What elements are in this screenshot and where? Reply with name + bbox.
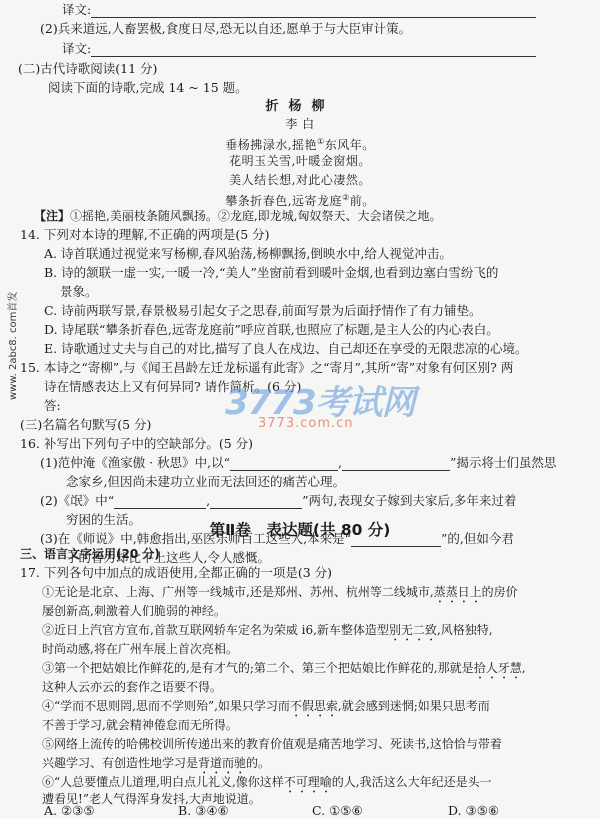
poem-note: 【注】①摇艳,美丽枝条随风飘扬。②龙庭,即龙城,匈奴祭天、大会诸侯之地。 <box>34 208 441 224</box>
poem-line-3: 美人结长想,对此心凄然。 <box>0 172 600 188</box>
emphasized-idiom: 不可理喻 <box>284 775 332 789</box>
poetry-instruction: 阅读下面的诗歌,完成 14 ~ 15 题。 <box>48 80 248 96</box>
emphasized-idiom: 背道而驰 <box>198 756 246 770</box>
q17-choice-d[interactable]: D. ③⑤⑥ <box>448 803 499 819</box>
sentence-text: , <box>522 661 526 675</box>
q16-text: ”两句,表现女子嫁到夫家后,多年来过着 <box>302 493 516 508</box>
q17-sentence-5: ⑤网络上流传的哈佛校训所传递出来的教育价值观是痛苦地学习、死读书,这恰恰与带着 <box>42 736 502 752</box>
q17-sentence-4-cont: 不善于学习,就会精神倦怠而无所得。 <box>42 717 238 733</box>
side-watermark: www. 2abc8. com首发 <box>4 292 19 400</box>
q16-text: ”揭示将士们虽然思 <box>450 455 556 470</box>
sentence-text: 的房价 <box>482 585 518 599</box>
q16-text: (1)范仲淹《渔家傲 · 秋思》中,以“ <box>40 455 230 470</box>
q14-option-e: E. 诗歌通过丈夫与自己的对比,描写了良人在戍边、自己却还在享受的无限悲凉的心境… <box>44 341 528 357</box>
q17-sentence-1-cont: 屡创新高,刺激着人们脆弱的神经。 <box>42 603 226 619</box>
poem-title: 折杨柳 <box>0 99 600 115</box>
poem-text: 花明玉关雪,叶暖金窗烟。 <box>229 154 371 168</box>
sentence-text: ③第一个把姑娘比作鲜花的,是有才气的;第二个、第三个把姑娘比作鲜花的,那就是 <box>42 661 474 675</box>
poem-text: 前。 <box>350 194 375 208</box>
translation-label: 译文: <box>62 41 91 56</box>
poem-text: 攀条折春色,远寄龙庭 <box>225 194 342 208</box>
poem-text: 美人结长想,对此心凄然。 <box>229 173 371 187</box>
sentence-text: ①无论是北京、上海、广州等一线城市,还是郑州、苏州、杭州等二线城市, <box>42 585 434 599</box>
sentence-text: 的人,我活这么大年纪还是头一 <box>332 775 492 789</box>
q16-item-1-cont: 念家乡,但因尚未建功立业而无法回还的痛苦心理。 <box>66 474 345 490</box>
q14-option-b: B. 诗的颔联一虚一实,一暖一冷,“美人”坐窗前看到暖叶金烟,也看到边塞白雪纷飞… <box>44 265 498 281</box>
sentence-text: 的。 <box>246 756 270 770</box>
poem-text: 东风年。 <box>325 138 375 152</box>
emphasized-idiom: 别无二致 <box>389 623 437 637</box>
q17-choice-c[interactable]: C. ①⑤⑥ <box>312 803 363 819</box>
fill-blank-1b[interactable] <box>342 458 450 471</box>
part2-title: 第Ⅱ卷 表达题(共 80 分) <box>0 522 600 538</box>
fill-blank-2b[interactable] <box>210 496 302 509</box>
q14-option-b-cont: 景象。 <box>60 284 98 300</box>
q14-stem: 14. 下列对本诗的理解,不正确的两项是(5 分) <box>20 227 270 243</box>
q16-stem: 16. 补写出下列句子中的空缺部分。(5 分) <box>20 436 253 452</box>
sentence-text: ④“学而不思则罔,思而不学则殆”,如果只学习而 <box>42 699 290 713</box>
sentence-text: ⑥“人总要懂点儿道理,明白点儿礼义,像你这样 <box>42 775 284 789</box>
poetry-section-heading: (二)古代诗歌阅读(11 分) <box>18 61 157 77</box>
sentence-text: ②近日上汽官方宣布,首款互联网轿车定名为荣威 i6,新车整体造型 <box>42 623 389 637</box>
note-label: 【注】 <box>34 209 70 223</box>
footnote-marker: ① <box>317 137 325 146</box>
language-section-heading: 三、语言文字运用(20 分) <box>20 546 160 562</box>
q14-option-a: A. 诗首联通过视觉来写杨柳,春风骀荡,杨柳飘扬,倒映水中,给人视觉冲击。 <box>44 246 452 262</box>
poem-line-1: 垂杨拂渌水,摇艳①东风年。 <box>0 134 600 153</box>
translation-label: 译文: <box>62 2 91 17</box>
q17-sentence-3-cont: 这种人云亦云的套作之语要不得。 <box>42 679 222 695</box>
fill-blank-1a[interactable] <box>230 458 338 471</box>
q16-item-2: (2)《氓》中“,”两句,表现女子嫁到夫家后,多年来过着 <box>40 493 516 509</box>
emphasized-idiom: 不假思索 <box>290 699 338 713</box>
emphasized-idiom: 蒸蒸日上 <box>434 585 482 599</box>
q17-stem: 17. 下列各句中加点的成语使用,全都正确的一项是(3 分) <box>20 565 332 581</box>
sentence-text: 兴趣学习、有创造性地学习是 <box>42 756 198 770</box>
footnote-marker: ② <box>342 193 350 202</box>
q17-choice-b[interactable]: B. ③④⑥ <box>178 803 229 819</box>
q14-option-d: D. 诗尾联“攀条折春色,远寄龙庭前”呼应首联,也照应了标题,是主人公的内心表白… <box>44 322 499 338</box>
poem-line-4: 攀条折春色,远寄龙庭②前。 <box>0 190 600 209</box>
answer-blank[interactable] <box>91 44 536 57</box>
fill-blank-2a[interactable] <box>114 496 206 509</box>
translation-2: 译文: <box>62 41 536 57</box>
exam-page: 译文: (2)兵来道远,人畜罢极,食度日尽,恐无以自还,愿单于与大臣审计策。 译… <box>0 0 600 819</box>
sentence-text: ,风格独特, <box>437 623 493 637</box>
recitation-heading: (三)名篇名句默写(5 分) <box>20 417 151 433</box>
item-2-sentence: (2)兵来道远,人畜罢极,食度日尽,恐无以自还,愿单于与大臣审计策。 <box>40 21 411 37</box>
q17-choice-a[interactable]: A. ②③⑤ <box>44 803 95 819</box>
q16-item-1: (1)范仲淹《渔家傲 · 秋思》中,以“,”揭示将士们虽然思 <box>40 455 556 471</box>
translation-1: 译文: <box>62 2 536 18</box>
poem-line-2: 花明玉关雪,叶暖金窗烟。 <box>0 153 600 169</box>
q15-answer-label[interactable]: 答: <box>44 398 61 414</box>
q15-line-1: 15. 本诗之“寄柳”,与《闻王昌龄左迁龙标遥有此寄》之“寄月”,其所“寄”对象… <box>20 360 513 376</box>
q14-option-c: C. 诗前两联写景,春景极易引起女子之思春,前面写景为后面抒情作了有力铺垫。 <box>44 303 482 319</box>
center-watermark-url: 3773.com.cn <box>258 416 354 431</box>
emphasized-idiom: 拾人牙慧 <box>474 661 522 675</box>
q16-text: (2)《氓》中“ <box>40 493 114 508</box>
note-text: ①摇艳,美丽枝条随风飘扬。②龙庭,即龙城,匈奴祭天、大会诸侯之地。 <box>70 209 441 223</box>
sentence-text: ⑤网络上流传的哈佛校训所传递出来的教育价值观是痛苦地学习、死读书,这恰恰与带着 <box>42 737 502 751</box>
q17-sentence-2-cont: 时尚动感,将在广州车展上首次亮相。 <box>42 641 238 657</box>
answer-blank[interactable] <box>91 5 536 18</box>
poem-author: 李 白 <box>0 116 600 132</box>
sentence-text: ,就会感到迷惘;如果只思考而 <box>338 699 490 713</box>
poem-text: 垂杨拂渌水,摇艳 <box>225 138 317 152</box>
